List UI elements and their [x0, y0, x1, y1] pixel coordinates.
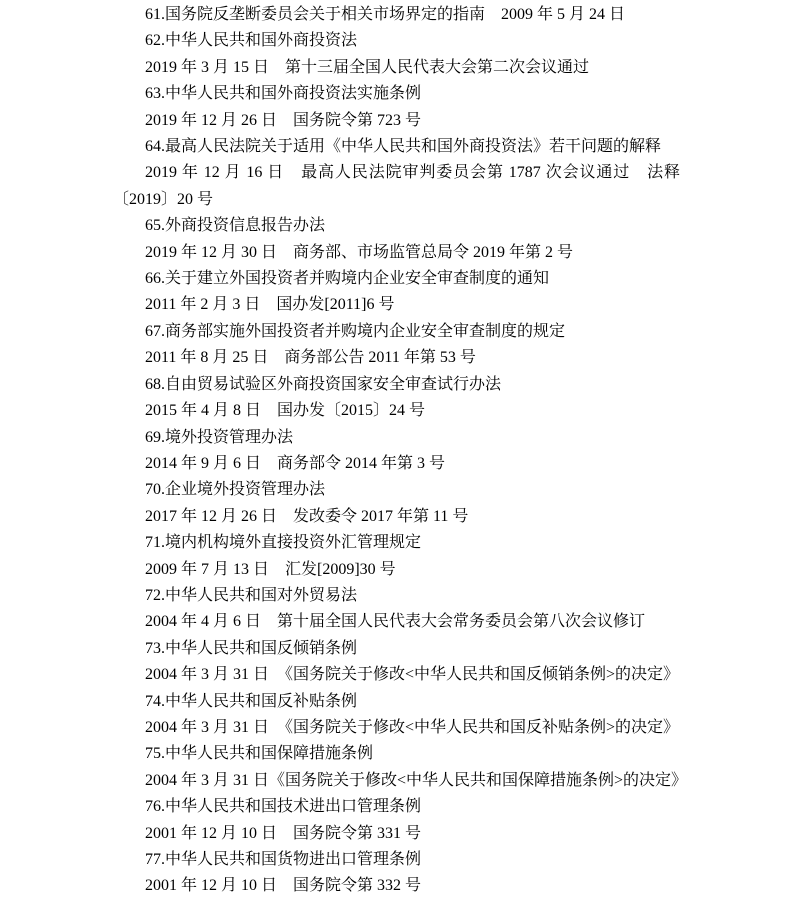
document-line: 77.中华人民共和国货物进出口管理条例	[113, 847, 680, 873]
document-line: 2014 年 9 月 6 日 商务部令 2014 年第 3 号	[113, 451, 680, 477]
document-line: 69.境外投资管理办法	[113, 425, 680, 451]
document-line: 2004 年 3 月 31 日 《国务院关于修改<中华人民共和国反补贴条例>的决…	[113, 715, 680, 741]
document-line: 63.中华人民共和国外商投资法实施条例	[113, 81, 680, 107]
document-line: 2001 年 12 月 10 日 国务院令第 331 号	[113, 821, 680, 847]
document-line-continuation: 〔2019〕20 号	[113, 187, 680, 213]
document-line: 2019 年 12 月 26 日 国务院令第 723 号	[113, 108, 680, 134]
document-line: 71.境内机构境外直接投资外汇管理规定	[113, 530, 680, 556]
document-line: 2019 年 12 月 16 日 最高人民法院审判委员会第 1787 次会议通过…	[113, 160, 680, 186]
document-line: 68.自由贸易试验区外商投资国家安全审查试行办法	[113, 372, 680, 398]
document-line: 2015 年 4 月 8 日 国办发〔2015〕24 号	[113, 398, 680, 424]
document-line: 2001 年 12 月 10 日 国务院令第 332 号	[113, 873, 680, 899]
document-line: 70.企业境外投资管理办法	[113, 477, 680, 503]
document-line: 2019 年 12 月 30 日 商务部、市场监管总局令 2019 年第 2 号	[113, 240, 680, 266]
document-line: 75.中华人民共和国保障措施条例	[113, 741, 680, 767]
document-line: 72.中华人民共和国对外贸易法	[113, 583, 680, 609]
document-line: 64.最高人民法院关于适用《中华人民共和国外商投资法》若干问题的解释	[113, 134, 680, 160]
document-line: 2004 年 3 月 31 日 《国务院关于修改<中华人民共和国反倾销条例>的决…	[113, 662, 680, 688]
document-line: 62.中华人民共和国外商投资法	[113, 28, 680, 54]
document-line: 2017 年 12 月 26 日 发改委令 2017 年第 11 号	[113, 504, 680, 530]
document-line: 66.关于建立外国投资者并购境内企业安全审查制度的通知	[113, 266, 680, 292]
document-line: 2009 年 7 月 13 日 汇发[2009]30 号	[113, 557, 680, 583]
document-line: 65.外商投资信息报告办法	[113, 213, 680, 239]
document-line: 76.中华人民共和国技术进出口管理条例	[113, 794, 680, 820]
document-line: 61.国务院反垄断委员会关于相关市场界定的指南 2009 年 5 月 24 日	[113, 2, 680, 28]
document-page: 61.国务院反垄断委员会关于相关市场界定的指南 2009 年 5 月 24 日 …	[0, 0, 790, 900]
document-line: 73.中华人民共和国反倾销条例	[113, 636, 680, 662]
document-line: 2019 年 3 月 15 日 第十三届全国人民代表大会第二次会议通过	[113, 55, 680, 81]
document-line: 2011 年 2 月 3 日 国办发[2011]6 号	[113, 292, 680, 318]
document-line: 67.商务部实施外国投资者并购境内企业安全审查制度的规定	[113, 319, 680, 345]
document-line: 2004 年 3 月 31 日《国务院关于修改<中华人民共和国保障措施条例>的决…	[113, 768, 680, 794]
document-line: 74.中华人民共和国反补贴条例	[113, 689, 680, 715]
document-line: 2011 年 8 月 25 日 商务部公告 2011 年第 53 号	[113, 345, 680, 371]
document-line: 2004 年 4 月 6 日 第十届全国人民代表大会常务委员会第八次会议修订	[113, 609, 680, 635]
